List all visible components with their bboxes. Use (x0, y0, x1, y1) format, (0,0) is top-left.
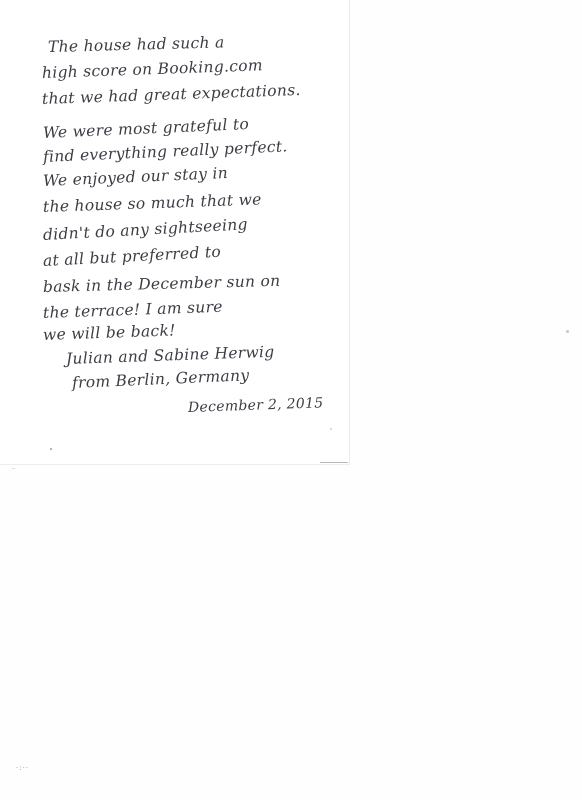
note-line-4: We were most grateful to (43, 115, 250, 142)
note-line-10: bask in the December sun on (43, 272, 281, 296)
signature-date: December 2, 2015 (188, 395, 324, 416)
note-line-1: The house had such a (48, 33, 225, 56)
note-line-8: didn't do any sightseeing (43, 215, 249, 244)
signature-origin: from Berlin, Germany (72, 366, 250, 392)
paper-speck (12, 468, 15, 469)
note-line-9: at all but preferred to (43, 243, 222, 270)
note-line-5: find everything really perfect. (43, 137, 288, 166)
paper-speck (330, 428, 332, 430)
paper-speck (50, 448, 52, 450)
handwritten-note: The house had such a high score on Booki… (0, 0, 350, 465)
scan-smudge: ·:·· (16, 764, 40, 772)
note-line-2: high score on Booking.com (42, 56, 263, 82)
signature-names: Julian and Sabine Herwig (66, 343, 275, 368)
note-edge-mark (320, 462, 348, 463)
note-line-12: we will be back! (43, 321, 176, 344)
note-line-7: the house so much that we (43, 190, 262, 216)
paper-speck (566, 330, 569, 333)
scanned-page: The house had such a high score on Booki… (0, 0, 582, 800)
note-line-11: the terrace! I am sure (43, 298, 223, 322)
note-line-3: that we had great expectations. (42, 81, 301, 108)
note-line-6: We enjoyed our stay in (43, 164, 229, 190)
